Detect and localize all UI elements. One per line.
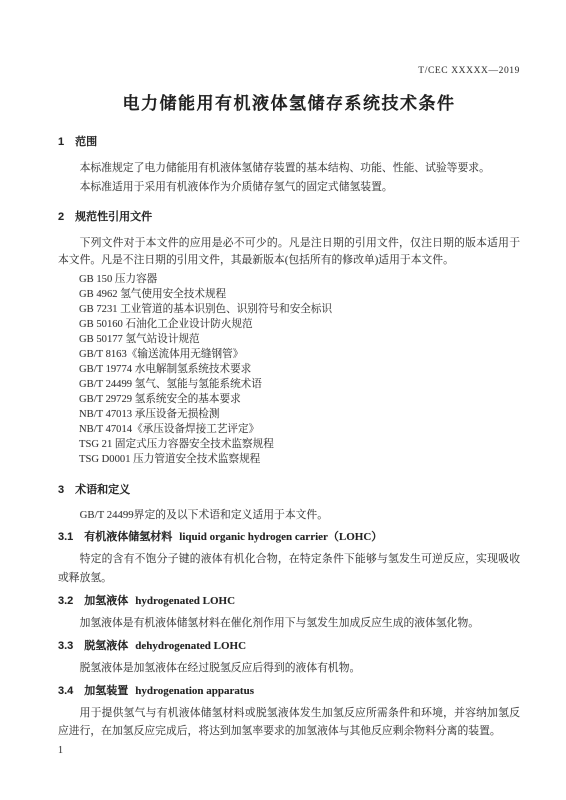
term-number: 3.1 — [58, 530, 73, 545]
references-intro: 下列文件对于本文件的应用是必不可少的。凡是注日期的引用文件，仅注日期的版本适用于… — [58, 235, 520, 269]
section-heading-scope: 1范围 — [58, 135, 520, 150]
section-number: 1 — [58, 135, 64, 150]
term-definition-3-4: 用于提供氢气与有机液体储氢材料或脱氢液体发生加氢反应所需条件和环境，并容纳加氢反… — [58, 704, 520, 740]
reference-item: GB 50160 石油化工企业设计防火规范 — [79, 317, 520, 332]
term-name-en: dehydrogenated LOHC — [135, 640, 246, 652]
reference-item: NB/T 47014《承压设备焊接工艺评定》 — [79, 422, 520, 437]
page-content: T/CEC XXXXX—2019 电力储能用有机液体氢储存系统技术条件 1范围 … — [0, 0, 566, 757]
reference-item: GB/T 24499 氢气、氢能与氢能系统术语 — [79, 377, 520, 392]
term-name-zh: 脱氢液体 — [84, 639, 128, 654]
term-definition-3-2: 加氢液体是有机液体储氢材料在催化剂作用下与氢发生加成反应生成的液体氢化物。 — [58, 614, 520, 633]
page-number: 1 — [58, 744, 520, 757]
reference-item: GB 50177 氢气站设计规范 — [79, 332, 520, 347]
term-number: 3.3 — [58, 639, 73, 654]
section-heading-references: 2规范性引用文件 — [58, 210, 520, 225]
scope-paragraph-1: 本标准规定了电力储能用有机液体氢储存装置的基本结构、功能、性能、试验等要求。 — [58, 159, 520, 178]
reference-item: GB/T 29729 氢系统安全的基本要求 — [79, 392, 520, 407]
reference-item: GB 7231 工业管道的基本识别色、识别符号和安全标识 — [79, 302, 520, 317]
term-heading-3-1: 3.1有机液体储氢材料liquid organic hydrogen carri… — [58, 530, 520, 545]
reference-item: GB 4962 氢气使用安全技术规程 — [79, 287, 520, 302]
references-list: GB 150 压力容器 GB 4962 氢气使用安全技术规程 GB 7231 工… — [79, 272, 520, 467]
reference-item: TSG 21 固定式压力容器安全技术监察规程 — [79, 437, 520, 452]
term-number: 3.2 — [58, 594, 73, 609]
term-name-en: hydrogenation apparatus — [135, 685, 254, 697]
section-title: 范围 — [75, 136, 97, 148]
term-name-en: liquid organic hydrogen carrier（LOHC） — [179, 531, 382, 543]
section-heading-terms: 3术语和定义 — [58, 483, 520, 498]
reference-item: GB/T 8163《输送流体用无缝钢管》 — [79, 347, 520, 362]
terms-intro: GB/T 24499界定的及以下术语和定义适用于本文件。 — [58, 507, 520, 524]
term-definition-3-3: 脱氢液体是加氢液体在经过脱氢反应后得到的液体有机物。 — [58, 659, 520, 678]
term-definition-3-1: 特定的含有不饱分子键的液体有机化合物，在特定条件下能够与氢发生可逆反应，实现吸收… — [58, 550, 520, 588]
reference-item: GB/T 19774 水电解制氢系统技术要求 — [79, 362, 520, 377]
section-number: 3 — [58, 483, 64, 498]
page-title: 电力储能用有机液体氢储存系统技术条件 — [58, 92, 520, 115]
doc-number: T/CEC XXXXX—2019 — [58, 66, 520, 77]
reference-item: TSG D0001 压力管道安全技术监察规程 — [79, 452, 520, 467]
reference-item: NB/T 47013 承压设备无损检测 — [79, 407, 520, 422]
term-heading-3-3: 3.3脱氢液体dehydrogenated LOHC — [58, 639, 520, 654]
term-name-zh: 加氢液体 — [84, 594, 128, 609]
term-name-zh: 有机液体储氢材料 — [84, 530, 172, 545]
term-name-zh: 加氢装置 — [84, 684, 128, 699]
section-number: 2 — [58, 210, 64, 225]
reference-item: GB 150 压力容器 — [79, 272, 520, 287]
term-number: 3.4 — [58, 684, 73, 699]
term-name-en: hydrogenated LOHC — [135, 595, 235, 607]
section-title: 规范性引用文件 — [75, 211, 152, 223]
term-heading-3-4: 3.4加氢装置hydrogenation apparatus — [58, 684, 520, 699]
scope-paragraph-2: 本标准适用于采用有机液体作为介质储存氢气的固定式储氢装置。 — [58, 178, 520, 197]
document-page: T/CEC XXXXX—2019 电力储能用有机液体氢储存系统技术条件 1范围 … — [0, 0, 566, 800]
term-heading-3-2: 3.2加氢液体hydrogenated LOHC — [58, 594, 520, 609]
section-title: 术语和定义 — [75, 484, 130, 496]
